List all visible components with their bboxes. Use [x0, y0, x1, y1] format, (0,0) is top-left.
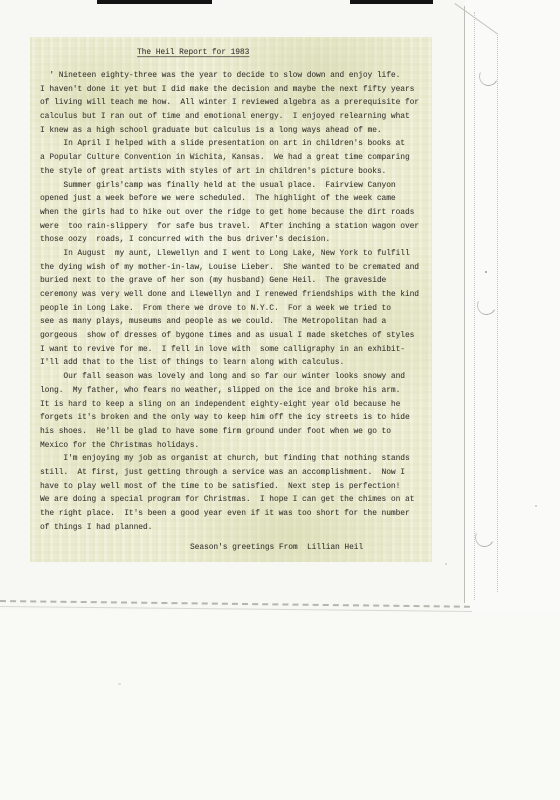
sheet-protector-edge: [464, 6, 465, 603]
letter-text-line: of living will teach me how. All winter …: [40, 97, 432, 111]
letter-text-line: the right place. It's been a good year e…: [40, 508, 432, 522]
letter-text-line: forgets it's broken and the only way to …: [40, 412, 432, 426]
letter-text-line: see as many plays, museums and people as…: [40, 316, 432, 330]
dust-speck: [485, 271, 487, 273]
letter-text-line: I'm enjoying my job as organist at churc…: [40, 453, 432, 467]
dust-speck: [445, 563, 447, 565]
letter-text-line: those oozy roads, I concurred with the b…: [40, 234, 432, 248]
letter-text-line: I haven't done it yet but I did make the…: [40, 84, 432, 98]
letter-title: The Heil Report for 1983: [137, 46, 432, 60]
dust-speck: [118, 683, 121, 685]
letter-text-line: gorgeous show of dresses of bygone times…: [40, 330, 432, 344]
letter-text-line: the style of great artists with styles o…: [40, 166, 432, 180]
scanned-letter: The Heil Report for 1983 ' Nineteen eigh…: [0, 0, 560, 800]
letter-text-line: were too rain-slippery for safe bus trav…: [40, 221, 432, 235]
letter-text-line: when the girls had to hike out over the …: [40, 207, 432, 221]
scan-background-bottom: [0, 610, 560, 800]
letter-text-line: I knew as a high school graduate but cal…: [40, 125, 432, 139]
letter-text-line: I'll add that to the list of things to l…: [40, 357, 432, 371]
letter-text-line: We are doing a special program for Chris…: [40, 494, 432, 508]
sheet-protector-perforation: [497, 33, 498, 592]
letter-text-line: It is hard to keep a sling on an indepen…: [40, 399, 432, 413]
letter-text-line: ' Nineteen eighty-three was the year to …: [40, 70, 432, 84]
letter-text-line: a Popular Culture Convention in Wichita,…: [40, 152, 432, 166]
letter-body: ' Nineteen eighty-three was the year to …: [40, 70, 432, 535]
letter-text-line: buried next to the grave of her son (my …: [40, 275, 432, 289]
letter-text-line: long. My father, who fears no weather, s…: [40, 385, 432, 399]
letter-text-line: have to play well most of the time to be…: [40, 481, 432, 495]
letter-text-line: In April I helped with a slide presentat…: [40, 138, 432, 152]
letter-text-line: people in Long Lake. From there we drove…: [40, 303, 432, 317]
letter-text-line: still. At first, just getting through a …: [40, 467, 432, 481]
letter-signature: Season's greetings From Lillian Heil: [190, 541, 432, 555]
scanner-edge-artifact: [350, 0, 433, 4]
letter-text-line: the dying wish of my mother-in-law, Loui…: [40, 262, 432, 276]
letter-text-line: Mexico for the Christmas holidays.: [40, 440, 432, 454]
letter-text-line: In August my aunt, Llewellyn and I went …: [40, 248, 432, 262]
letter-text-line: ceremony was very well done and Llewelly…: [40, 289, 432, 303]
letter-text-line: Our fall season was lovely and long and …: [40, 371, 432, 385]
scanner-edge-artifact: [97, 0, 212, 4]
letter-text-line: I want to revive for me. I fell in love …: [40, 344, 432, 358]
letter-text-line: his shoes. He'll be glad to have some fi…: [40, 426, 432, 440]
letter-text-line: calculus but I ran out of time and emoti…: [40, 111, 432, 125]
letter-page: The Heil Report for 1983 ' Nineteen eigh…: [30, 37, 432, 562]
letter-text-line: opened just a week before we were schedu…: [40, 193, 432, 207]
dust-speck: [535, 505, 537, 507]
letter-text-line: Summer girls'camp was finally held at th…: [40, 180, 432, 194]
sheet-protector-perforation: [474, 12, 475, 600]
letter-text-line: of things I had planned.: [40, 522, 432, 536]
